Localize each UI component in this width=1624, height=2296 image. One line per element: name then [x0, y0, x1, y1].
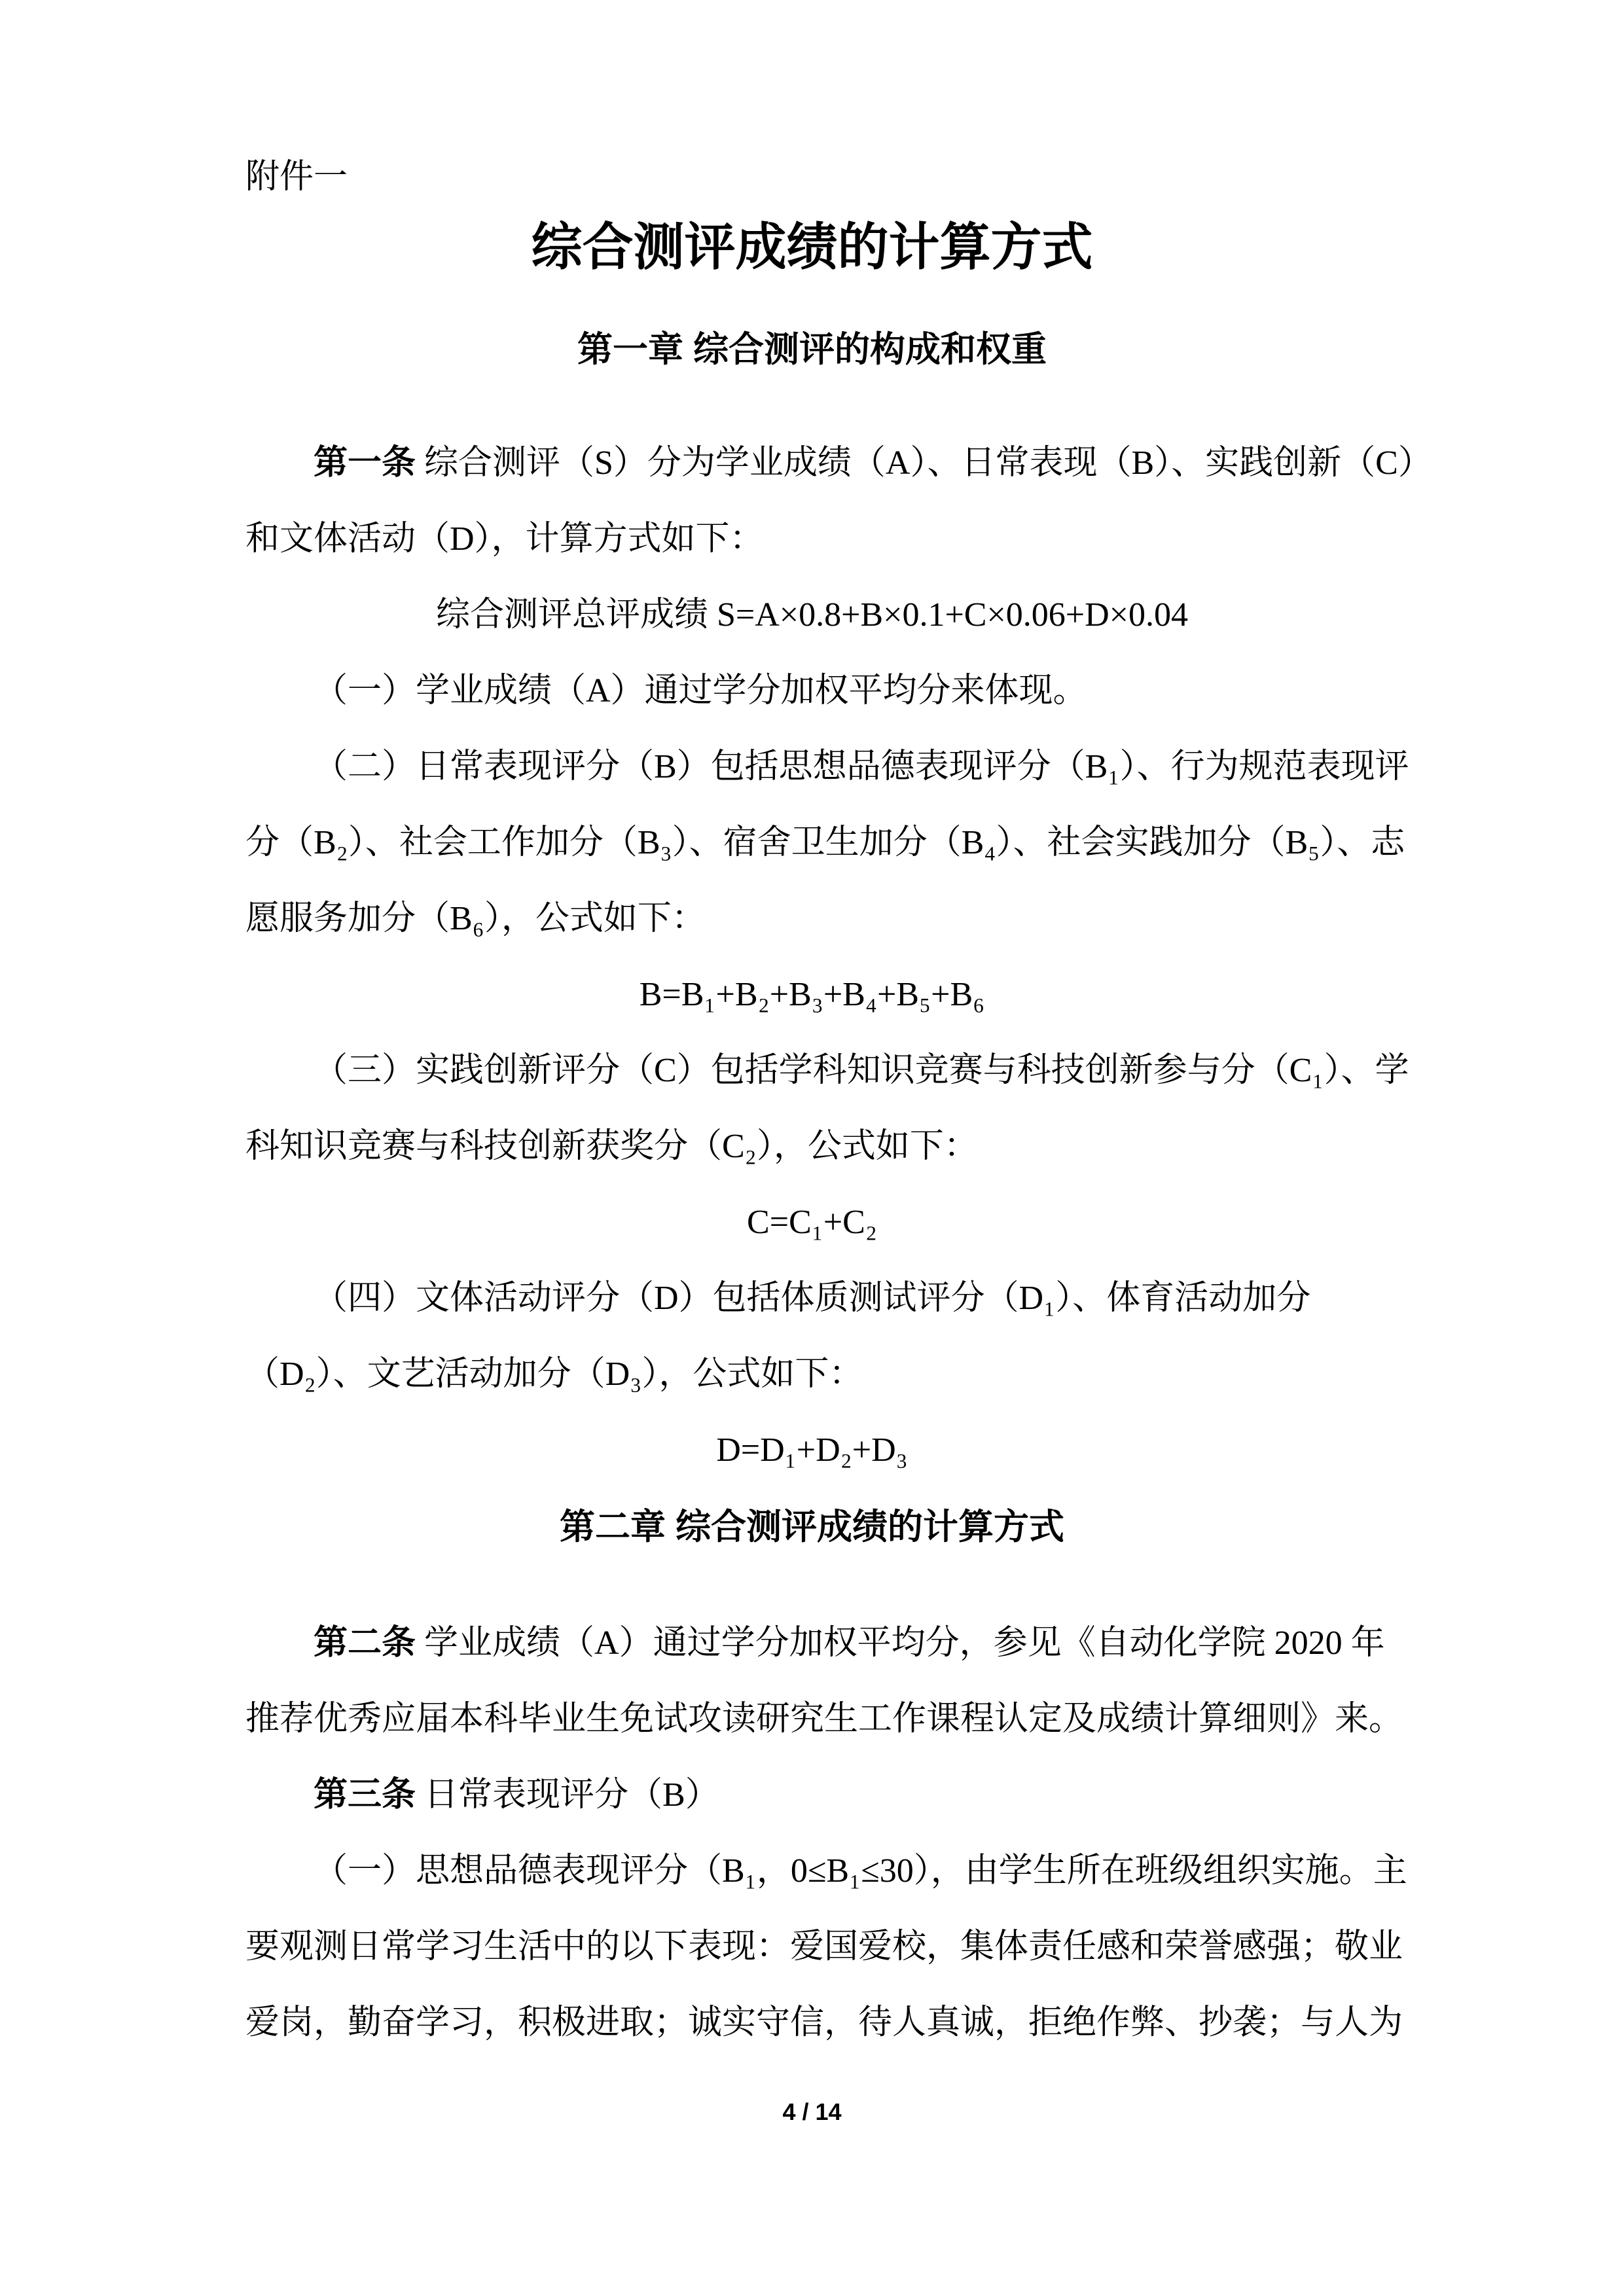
- text-run: 爱岗，勤奋学习，积极进取；诚实守信，待人真诚，拒绝作弊、抄袭；与人为: [245, 2004, 1403, 2041]
- body-line: 第二条 学业成绩（A）通过学分加权平均分，参见《自动化学院 2020 年: [245, 1605, 1379, 1681]
- body-line: （四）文体活动评分（D）包括体质测试评分（D₁）、体育活动加分: [245, 1261, 1379, 1336]
- bold-run: 第二条: [314, 1624, 416, 1662]
- body-line: 推荐优秀应届本科毕业生免试攻读研究生工作课程认定及成绩计算细则》来。: [245, 1681, 1379, 1757]
- text-run: （四）文体活动评分（D）包括体质测试评分（D₁）、体育活动加分: [314, 1280, 1310, 1317]
- document-page: 附件一 综合测评成绩的计算方式 第一章 综合测评的构成和权重第一条 综合测评（S…: [0, 0, 1624, 2296]
- body-line: 第一条 综合测评（S）分为学业成绩（A）、日常表现（B）、实践创新（C）: [245, 425, 1379, 501]
- body-line: 科知识竞赛与科技创新获奖分（C₂），公式如下：: [245, 1109, 1379, 1185]
- formula-line: B=B₁+B₂+B₃+B₄+B₅+B₆: [245, 957, 1379, 1033]
- body-line: 和文体活动（D），计算方式如下：: [245, 501, 1379, 577]
- body-line: （一）思想品德表现评分（B₁，0≤B₁≤30），由学生所在班级组织实施。主: [245, 1833, 1379, 1909]
- bold-run: 第三条: [314, 1776, 416, 1814]
- text-run: 愿服务加分（B₆），公式如下：: [245, 900, 706, 937]
- text-run: 日常表现评分（B）: [416, 1776, 719, 1814]
- body-line: （D₂）、文艺活动加分（D₃），公式如下：: [245, 1336, 1379, 1412]
- formula-line: D=D₁+D₂+D₃: [245, 1412, 1379, 1488]
- body-line: （三）实践创新评分（C）包括学科知识竞赛与科技创新参与分（C₁）、学: [245, 1033, 1379, 1109]
- chapter-heading: 第一章 综合测评的构成和权重: [245, 328, 1379, 371]
- attachment-label: 附件一: [245, 157, 1379, 196]
- text-run: （D₂）、文艺活动加分（D₃），公式如下：: [245, 1355, 863, 1393]
- body-line: （一）学业成绩（A）通过学分加权平均分来体现。: [245, 653, 1379, 729]
- text-run: 推荐优秀应届本科毕业生免试攻读研究生工作课程认定及成绩计算细则》来。: [245, 1700, 1403, 1738]
- page-title: 综合测评成绩的计算方式: [245, 216, 1379, 278]
- formula-line: C=C₁+C₂: [245, 1185, 1379, 1261]
- chapter-heading: 第二章 综合测评成绩的计算方式: [245, 1505, 1379, 1549]
- text-run: 分（B₂）、社会工作加分（B₃）、宿舍卫生加分（B₄）、社会实践加分（B₅）、志: [245, 824, 1405, 861]
- body-line: 第三条 日常表现评分（B）: [245, 1757, 1379, 1833]
- text-run: （一）思想品德表现评分（B₁，0≤B₁≤30），由学生所在班级组织实施。主: [314, 1852, 1407, 1890]
- body-line: （二）日常表现评分（B）包括思想品德表现评分（B₁）、行为规范表现评: [245, 729, 1379, 805]
- body-line: 愿服务加分（B₆），公式如下：: [245, 881, 1379, 957]
- body-line: 要观测日常学习生活中的以下表现：爱国爱校，集体责任感和荣誉感强；敬业: [245, 1909, 1379, 1985]
- text-run: （一）学业成绩（A）通过学分加权平均分来体现。: [314, 672, 1087, 709]
- text-run: 学业成绩（A）通过学分加权平均分，参见《自动化学院 2020 年: [416, 1624, 1385, 1662]
- formula-line: 综合测评总评成绩 S=A×0.8+B×0.1+C×0.06+D×0.04: [245, 577, 1379, 653]
- text-run: 科知识竞赛与科技创新获奖分（C₂），公式如下：: [245, 1128, 978, 1165]
- text-run: 要观测日常学习生活中的以下表现：爱国爱校，集体责任感和荣誉感强；敬业: [245, 1928, 1403, 1965]
- body-line: 爱岗，勤奋学习，积极进取；诚实守信，待人真诚，拒绝作弊、抄袭；与人为: [245, 1985, 1379, 2061]
- document-body: 第一章 综合测评的构成和权重第一条 综合测评（S）分为学业成绩（A）、日常表现（…: [245, 328, 1379, 2061]
- text-run: 综合测评（S）分为学业成绩（A）、日常表现（B）、实践创新（C）: [416, 444, 1432, 482]
- bold-run: 第一条: [314, 444, 416, 482]
- page-number: 4 / 14: [0, 2098, 1624, 2126]
- text-run: （二）日常表现评分（B）包括思想品德表现评分（B₁）、行为规范表现评: [314, 748, 1409, 785]
- text-run: 和文体活动（D），计算方式如下：: [245, 520, 764, 558]
- text-run: （三）实践创新评分（C）包括学科知识竞赛与科技创新参与分（C₁）、学: [314, 1052, 1409, 1089]
- body-line: 分（B₂）、社会工作加分（B₃）、宿舍卫生加分（B₄）、社会实践加分（B₅）、志: [245, 805, 1379, 881]
